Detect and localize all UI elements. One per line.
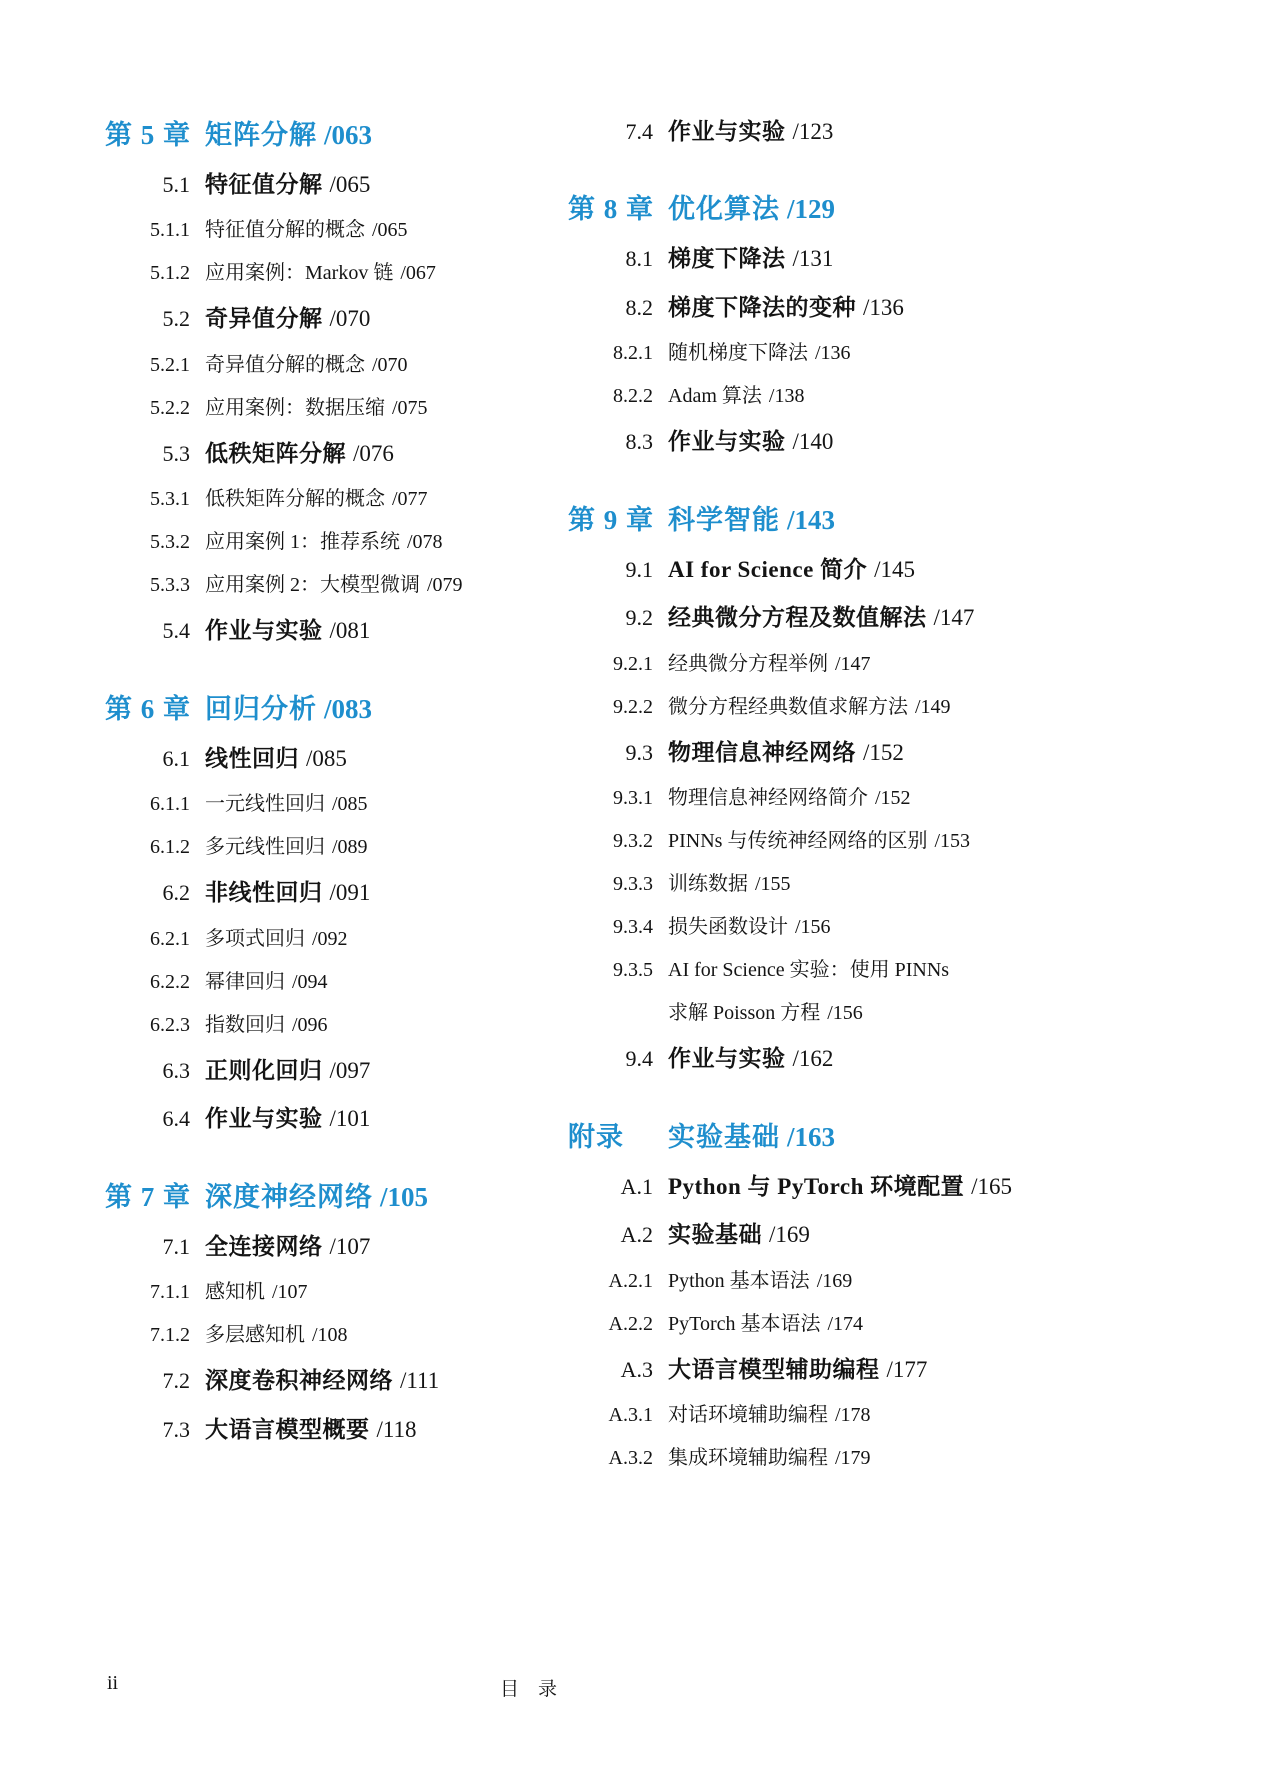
entry-title: 一元线性回归/085 [205,793,368,816]
entry-title: 经典微分方程举例/147 [668,653,871,676]
entry-title-text: 大语言模型辅助编程 [668,1357,880,1382]
entry-title-text: 大语言模型概要 [205,1417,370,1442]
entry-page-number: /165 [971,1174,1012,1199]
entry-title-text: 经典微分方程举例 [668,653,828,675]
entry-page-number: /149 [915,696,951,718]
entry-page-number: /177 [887,1357,928,1382]
entry-page-number: /105 [380,1182,428,1212]
toc-subsection-entry: 5.3.2应用案例 1：推荐系统/078 [105,521,568,564]
entry-title: 多元线性回归/089 [205,836,368,859]
entry-title: 科学智能/143 [668,505,835,536]
entry-page-number: /108 [312,1324,348,1346]
entry-title-text: 作业与实验 [205,618,323,643]
entry-number: 9.2.2 [568,696,653,719]
entry-number: 7.1.1 [105,1281,190,1304]
toc-subsection-entry: 6.2.2幂律回归/094 [105,961,568,1004]
entry-title-text: 作业与实验 [668,119,786,144]
toc-chapter-heading: 第 8 章优化算法/129 [568,182,1200,235]
entry-page-number: /156 [827,1002,863,1024]
entry-number: 5.2.1 [105,354,190,377]
entry-number: 9.2.1 [568,653,653,676]
entry-title: 低秩矩阵分解/076 [205,441,394,467]
entry-title: 回归分析/083 [205,694,372,725]
entry-title: 微分方程经典数值求解方法/149 [668,696,951,719]
entry-title-text: 矩阵分解 [205,120,317,150]
entry-page-number: /096 [292,1014,328,1036]
entry-title-text: 感知机 [205,1281,265,1303]
entry-title: 应用案例：数据压缩/075 [205,397,428,420]
entry-title: 实验基础/163 [668,1122,835,1153]
toc-section-entry: 9.1AI for Science 简介/145 [568,546,1200,594]
entry-title: Python 与 PyTorch 环境配置/165 [668,1174,1012,1200]
entry-number: 5.2 [105,306,190,331]
entry-page-number: /147 [934,605,975,630]
entry-page-number: /065 [330,172,371,197]
entry-number: 6.1.1 [105,793,190,816]
entry-number: 5.3 [105,441,190,466]
entry-page-number: /153 [934,830,970,852]
entry-title-text: 梯度下降法的变种 [668,295,856,320]
entry-title: PyTorch 基本语法/174 [668,1313,863,1336]
entry-number: 9.3.1 [568,787,653,810]
entry-title-text: Python 与 PyTorch 环境配置 [668,1174,964,1199]
entry-number: 7.4 [568,119,653,144]
entry-title-text: Python 基本语法 [668,1270,810,1292]
toc-subsection-entry: 5.1.2应用案例：Markov 链/067 [105,252,568,295]
toc-section-entry: 6.2非线性回归/091 [105,869,568,917]
entry-title-text: 优化算法 [668,194,780,224]
entry-page-number: /136 [863,295,904,320]
entry-title: AI for Science 实验：使用 PINNs求解 Poisson 方程/… [668,959,949,1025]
entry-page-number: /169 [817,1270,853,1292]
entry-page-number: /091 [330,880,371,905]
entry-title: 实验基础/169 [668,1222,810,1248]
entry-number: 6.1 [105,746,190,771]
entry-number: 5.3.2 [105,531,190,554]
entry-number: A.3.1 [568,1404,653,1427]
page-footer: ii 目 录 [0,1672,1280,1712]
entry-title: 低秩矩阵分解的概念/077 [205,488,428,511]
entry-page-number: /089 [332,836,368,858]
entry-page-number: /070 [372,354,408,376]
entry-title: 矩阵分解/063 [205,120,372,151]
entry-title-text: 低秩矩阵分解的概念 [205,488,385,510]
entry-title: 奇异值分解/070 [205,306,370,332]
entry-title-text: 应用案例：数据压缩 [205,397,385,419]
entry-title: Adam 算法/138 [668,385,804,408]
entry-title-text: 集成环境辅助编程 [668,1447,828,1469]
toc-section-entry: A.1Python 与 PyTorch 环境配置/165 [568,1163,1200,1211]
entry-title: 应用案例 1：推荐系统/078 [205,531,443,554]
entry-title-text: 多项式回归 [205,928,305,950]
entry-number: 6.3 [105,1058,190,1083]
entry-number: 6.2.3 [105,1014,190,1037]
entry-title-text: Adam 算法 [668,385,762,407]
entry-title-text: 微分方程经典数值求解方法 [668,696,908,718]
toc-subsection-entry: 5.3.1低秩矩阵分解的概念/077 [105,478,568,521]
entry-title: 作业与实验/162 [668,1046,833,1072]
toc-subsection-entry: 9.3.4损失函数设计/156 [568,906,1200,949]
toc-subsection-entry: 5.3.3应用案例 2：大模型微调/079 [105,564,568,607]
entry-title-text: 物理信息神经网络简介 [668,787,868,809]
entry-title: 幂律回归/094 [205,971,328,994]
toc-chapter-heading: 第 9 章科学智能/143 [568,493,1200,546]
entry-title: 正则化回归/097 [205,1058,370,1084]
toc-subsection-entry: A.2.2PyTorch 基本语法/174 [568,1303,1200,1346]
entry-title: 深度卷积神经网络/111 [205,1368,439,1394]
toc-section-entry: A.2实验基础/169 [568,1211,1200,1259]
entry-page-number: /136 [815,342,851,364]
entry-number: 7.1.2 [105,1324,190,1347]
toc-subsection-entry: 8.2.2Adam 算法/138 [568,375,1200,418]
entry-number: 6.2.2 [105,971,190,994]
entry-page-number: /143 [787,505,835,535]
toc-subsection-entry: 6.2.1多项式回归/092 [105,918,568,961]
toc-subsection-entry: 5.2.1奇异值分解的概念/070 [105,344,568,387]
entry-page-number: /065 [372,219,408,241]
entry-title-text: 实验基础 [668,1122,780,1152]
toc-subsection-entry: 9.2.2微分方程经典数值求解方法/149 [568,686,1200,729]
entry-number: 第 5 章 [105,120,205,151]
toc-body: 第 5 章矩阵分解/0635.1特征值分解/0655.1.1特征值分解的概念/0… [105,108,1200,1480]
toc-section-entry: 6.1线性回归/085 [105,735,568,783]
toc-subsection-entry: 6.2.3指数回归/096 [105,1004,568,1047]
entry-title-text: 梯度下降法 [668,246,786,271]
entry-page-number: /085 [332,793,368,815]
entry-number: 7.3 [105,1417,190,1442]
entry-page-number: /107 [272,1281,308,1303]
entry-title: AI for Science 简介/145 [668,557,915,583]
toc-subsection-entry: 9.3.3训练数据/155 [568,863,1200,906]
toc-subsection-entry: 9.3.1物理信息神经网络简介/152 [568,777,1200,820]
entry-title-text: 正则化回归 [205,1058,323,1083]
entry-title: 优化算法/129 [668,194,835,225]
entry-title: 指数回归/096 [205,1014,328,1037]
toc-chapter-heading: 第 6 章回归分析/083 [105,682,568,735]
entry-number: 7.1 [105,1234,190,1259]
entry-title-text: 低秩矩阵分解 [205,441,346,466]
entry-title: 作业与实验/081 [205,618,370,644]
entry-title-text: 损失函数设计 [668,916,788,938]
entry-title-text: 作业与实验 [668,429,786,454]
entry-page-number: /063 [324,120,372,150]
entry-title: 奇异值分解的概念/070 [205,354,408,377]
toc-section-entry: 6.4作业与实验/101 [105,1095,568,1143]
entry-title-text: 一元线性回归 [205,793,325,815]
entry-title: 随机梯度下降法/136 [668,342,851,365]
toc-subsection-entry: 5.1.1特征值分解的概念/065 [105,209,568,252]
entry-title: 应用案例：Markov 链/067 [205,262,436,285]
entry-title: 梯度下降法/131 [668,246,833,272]
toc-section-entry: 7.4作业与实验/123 [568,108,1200,156]
entry-number: 5.1.2 [105,262,190,285]
entry-page-number: /070 [330,306,371,331]
entry-page-number: /079 [427,574,463,596]
entry-number: 6.2.1 [105,928,190,951]
entry-title-text: 应用案例：Markov 链 [205,262,393,284]
entry-page-number: /094 [292,971,328,993]
entry-page-number: /140 [793,429,834,454]
entry-page-number: /123 [793,119,834,144]
toc-subsection-entry: 9.2.1经典微分方程举例/147 [568,643,1200,686]
entry-title-text: 线性回归 [205,746,299,771]
toc-section-entry: 5.1特征值分解/065 [105,161,568,209]
entry-title: PINNs 与传统神经网络的区别/153 [668,830,970,853]
toc-page: { "accent_color": "#1e8ecd", "footer": {… [0,0,1280,1786]
toc-section-entry: 8.3作业与实验/140 [568,418,1200,466]
entry-page-number: /076 [353,441,394,466]
toc-section-entry: 9.4作业与实验/162 [568,1035,1200,1083]
footer-page-number: ii [107,1672,118,1695]
entry-title-text: 多层感知机 [205,1324,305,1346]
entry-page-number: /097 [330,1058,371,1083]
entry-page-number: /092 [312,928,348,950]
toc-subsection-entry: 7.1.1感知机/107 [105,1271,568,1314]
entry-number: A.3 [568,1357,653,1382]
entry-number: 8.2 [568,295,653,320]
entry-page-number: /129 [787,194,835,224]
entry-number: 5.1.1 [105,219,190,242]
entry-number: 5.2.2 [105,397,190,420]
entry-title-text: 指数回归 [205,1014,285,1036]
entry-number: 9.2 [568,605,653,630]
toc-section-entry: A.3大语言模型辅助编程/177 [568,1346,1200,1394]
entry-page-number: /067 [400,262,436,284]
toc-section-entry: 7.1全连接网络/107 [105,1223,568,1271]
entry-page-number: /155 [755,873,791,895]
toc-section-entry: 7.2深度卷积神经网络/111 [105,1357,568,1405]
entry-title-text: 实验基础 [668,1222,762,1247]
entry-title-text: 作业与实验 [205,1106,323,1131]
toc-subsection-entry: 9.3.5AI for Science 实验：使用 PINNs求解 Poisso… [568,949,1200,1035]
toc-subsection-entry: A.2.1Python 基本语法/169 [568,1260,1200,1303]
entry-page-number: /163 [787,1122,835,1152]
entry-title-text: 幂律回归 [205,971,285,993]
entry-number: 8.2.2 [568,385,653,408]
entry-title: 深度神经网络/105 [205,1182,428,1213]
entry-number: 第 9 章 [568,505,668,536]
entry-title: 线性回归/085 [205,746,347,772]
entry-page-number: /162 [793,1046,834,1071]
toc-chapter-heading: 第 5 章矩阵分解/063 [105,108,568,161]
entry-title: 物理信息神经网络简介/152 [668,787,911,810]
toc-section-entry: 9.3物理信息神经网络/152 [568,729,1200,777]
entry-number: 第 6 章 [105,694,205,725]
entry-title: 大语言模型概要/118 [205,1417,417,1443]
entry-title-text: AI for Science 实验：使用 PINNs [668,959,949,981]
entry-number: 8.1 [568,246,653,271]
entry-title-text: 应用案例 1：推荐系统 [205,531,400,553]
entry-title-text: 科学智能 [668,505,780,535]
entry-title-text: AI for Science 简介 [668,557,867,582]
entry-title: 作业与实验/140 [668,429,833,455]
entry-page-number: /152 [863,740,904,765]
entry-number: 9.3.3 [568,873,653,896]
entry-number: A.1 [568,1174,653,1199]
entry-number: 9.3.4 [568,916,653,939]
entry-title: 应用案例 2：大模型微调/079 [205,574,463,597]
entry-page-number: /138 [769,385,805,407]
entry-title: 作业与实验/123 [668,119,833,145]
toc-section-entry: 5.3低秩矩阵分解/076 [105,430,568,478]
toc-section-entry: 5.4作业与实验/081 [105,607,568,655]
entry-number: 9.3 [568,740,653,765]
entry-title: 损失函数设计/156 [668,916,831,939]
entry-title-text-line2: 求解 Poisson 方程 [668,1002,820,1024]
entry-title-text: 奇异值分解的概念 [205,354,365,376]
entry-number: 6.1.2 [105,836,190,859]
entry-number: 6.4 [105,1106,190,1131]
toc-subsection-entry: 9.3.2PINNs 与传统神经网络的区别/153 [568,820,1200,863]
entry-title-text: 物理信息神经网络 [668,740,856,765]
entry-page-number: /147 [835,653,871,675]
entry-title-text: 深度神经网络 [205,1182,373,1212]
entry-title-text: 特征值分解的概念 [205,219,365,241]
entry-page-number: /077 [392,488,428,510]
entry-title-text: 经典微分方程及数值解法 [668,605,927,630]
entry-title: 大语言模型辅助编程/177 [668,1357,927,1383]
entry-page-number: /085 [306,746,347,771]
entry-page-number: /111 [400,1368,439,1393]
entry-number: 5.3.3 [105,574,190,597]
toc-section-entry: 6.3正则化回归/097 [105,1047,568,1095]
entry-title-text: 回归分析 [205,694,317,724]
entry-title-text: 应用案例 2：大模型微调 [205,574,420,596]
entry-number: A.3.2 [568,1447,653,1470]
entry-page-number: /152 [875,787,911,809]
entry-page-number: /131 [793,246,834,271]
entry-number: 9.1 [568,557,653,582]
entry-title: 物理信息神经网络/152 [668,740,904,766]
entry-page-number: /107 [330,1234,371,1259]
toc-subsection-entry: 6.1.2多元线性回归/089 [105,826,568,869]
toc-section-entry: 8.2梯度下降法的变种/136 [568,284,1200,332]
entry-number: 7.2 [105,1368,190,1393]
entry-number: A.2.2 [568,1313,653,1336]
entry-page-number: /145 [874,557,915,582]
entry-number: 9.3.5 [568,959,653,982]
entry-number: 5.4 [105,618,190,643]
toc-subsection-entry: 5.2.2应用案例：数据压缩/075 [105,387,568,430]
entry-title: 训练数据/155 [668,873,791,896]
toc-section-entry: 9.2经典微分方程及数值解法/147 [568,594,1200,642]
entry-number: A.2 [568,1222,653,1247]
toc-subsection-entry: 7.1.2多层感知机/108 [105,1314,568,1357]
entry-title-text: 作业与实验 [668,1046,786,1071]
entry-number: A.2.1 [568,1270,653,1293]
toc-subsection-entry: A.3.2集成环境辅助编程/179 [568,1437,1200,1480]
toc-section-entry: 5.2奇异值分解/070 [105,295,568,343]
entry-page-number: /075 [392,397,428,419]
entry-page-number: /081 [330,618,371,643]
entry-page-number: /083 [324,694,372,724]
entry-page-number: /169 [769,1222,810,1247]
entry-number: 5.3.1 [105,488,190,511]
entry-title: 非线性回归/091 [205,880,370,906]
toc-section-entry: 7.3大语言模型概要/118 [105,1406,568,1454]
entry-number: 8.3 [568,429,653,454]
entry-number: 8.2.1 [568,342,653,365]
entry-number: 5.1 [105,172,190,197]
entry-page-number: /174 [827,1313,863,1335]
toc-subsection-entry: 6.1.1一元线性回归/085 [105,783,568,826]
entry-title: 对话环境辅助编程/178 [668,1404,871,1427]
entry-number: 9.3.2 [568,830,653,853]
entry-title-text: 深度卷积神经网络 [205,1368,393,1393]
entry-title: 特征值分解的概念/065 [205,219,408,242]
entry-number: 附录 [568,1122,668,1153]
entry-title-text: 特征值分解 [205,172,323,197]
entry-number: 第 8 章 [568,194,668,225]
toc-subsection-entry: A.3.1对话环境辅助编程/178 [568,1394,1200,1437]
toc-chapter-heading: 第 7 章深度神经网络/105 [105,1170,568,1223]
entry-title: 作业与实验/101 [205,1106,370,1132]
entry-title-text: 随机梯度下降法 [668,342,808,364]
entry-title: 感知机/107 [205,1281,308,1304]
entry-title: Python 基本语法/169 [668,1270,852,1293]
entry-title-text: 非线性回归 [205,880,323,905]
toc-chapter-heading: 附录实验基础/163 [568,1110,1200,1163]
entry-page-number: /156 [795,916,831,938]
toc-section-entry: 8.1梯度下降法/131 [568,235,1200,283]
entry-title: 多项式回归/092 [205,928,348,951]
entry-title-text: 全连接网络 [205,1234,323,1259]
entry-title: 多层感知机/108 [205,1324,348,1347]
entry-number: 9.4 [568,1046,653,1071]
entry-title: 特征值分解/065 [205,172,370,198]
toc-column-left: 第 5 章矩阵分解/0635.1特征值分解/0655.1.1特征值分解的概念/0… [105,108,568,1480]
entry-title-text: PINNs 与传统神经网络的区别 [668,830,927,852]
entry-page-number: /178 [835,1404,871,1426]
entry-title: 全连接网络/107 [205,1234,370,1260]
entry-title-text: 训练数据 [668,873,748,895]
entry-title-text: 对话环境辅助编程 [668,1404,828,1426]
entry-number: 6.2 [105,880,190,905]
entry-page-number: /179 [835,1447,871,1469]
footer-running-title: 目 录 [500,1674,557,1701]
entry-page-number: /118 [377,1417,417,1442]
entry-title: 经典微分方程及数值解法/147 [668,605,974,631]
entry-title: 集成环境辅助编程/179 [668,1447,871,1470]
entry-title-text: 多元线性回归 [205,836,325,858]
entry-page-number: /101 [330,1106,371,1131]
entry-page-number: /078 [407,531,443,553]
entry-number: 第 7 章 [105,1182,205,1213]
entry-title-text: 奇异值分解 [205,306,323,331]
entry-title: 梯度下降法的变种/136 [668,295,904,321]
toc-column-right: 7.4作业与实验/123第 8 章优化算法/1298.1梯度下降法/1318.2… [568,108,1200,1480]
toc-subsection-entry: 8.2.1随机梯度下降法/136 [568,332,1200,375]
entry-title-text: PyTorch 基本语法 [668,1313,820,1335]
